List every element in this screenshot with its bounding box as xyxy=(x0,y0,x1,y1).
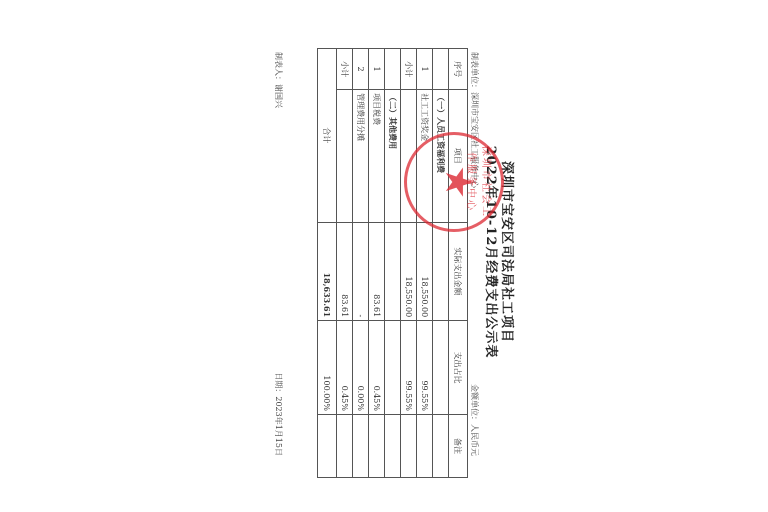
row-note xyxy=(369,414,385,477)
header-amount: 实际支出金额 xyxy=(449,222,468,321)
total-ratio: 100.00% xyxy=(318,321,337,415)
row-note xyxy=(401,414,417,477)
report-date: 日期：2023年1月15日 xyxy=(273,372,284,456)
section-row: （二）其他费用 xyxy=(385,49,401,478)
row-item: （二）其他费用 xyxy=(385,90,401,222)
table-header-row: 序号 项目 实际支出金额 支出占比 备注 xyxy=(449,49,468,478)
row-ratio: 99.55% xyxy=(401,321,417,415)
row-amount: 18,550.00 xyxy=(417,222,433,321)
row-item: 项目税费 xyxy=(369,90,385,222)
preparer-name: 制表人：谢国兴 xyxy=(273,52,284,108)
star-icon: ★ xyxy=(439,135,479,229)
row-amount: 18,550.00 xyxy=(401,222,417,321)
row-ratio xyxy=(385,321,401,415)
subtotal-row: 小计18,550.0099.55% xyxy=(401,49,417,478)
expense-table: 序号 项目 实际支出金额 支出占比 备注 （一）人员工资福利费1社工工资奖金18… xyxy=(317,48,468,478)
document-subtitle: 2022年10-12月经费支出公示表 xyxy=(483,32,502,472)
total-note xyxy=(318,414,337,477)
subtotal-row: 小计83.610.45% xyxy=(337,49,353,478)
row-no: 2 xyxy=(353,49,369,90)
row-item xyxy=(337,90,353,222)
row-no: 1 xyxy=(369,49,385,90)
header-no: 序号 xyxy=(449,49,468,90)
row-ratio: 0.45% xyxy=(337,321,353,415)
row-no xyxy=(433,49,449,90)
header-note: 备注 xyxy=(449,414,468,477)
row-note xyxy=(433,414,449,477)
section-row: （一）人员工资福利费 xyxy=(433,49,449,478)
total-label: 合计 xyxy=(318,49,337,223)
table-row: 2管理费用分摊-0.00% xyxy=(353,49,369,478)
row-item: 管理费用分摊 xyxy=(353,90,369,222)
official-seal: 深圳市社会工作服务中心 ★ xyxy=(404,132,504,232)
row-amount xyxy=(385,222,401,321)
row-amount xyxy=(433,222,449,321)
rotated-document-page: 深圳市宝安区司法局社工项目 2022年10-12月经费支出公示表 制表单位：深圳… xyxy=(234,32,534,472)
table-row: 1社工工资奖金18,550.0099.55% xyxy=(417,49,433,478)
row-amount: 83.61 xyxy=(337,222,353,321)
row-note xyxy=(417,414,433,477)
row-no: 小计 xyxy=(401,49,417,90)
total-row: 合计18,633.61100.00% xyxy=(318,49,337,478)
header-ratio: 支出占比 xyxy=(449,321,468,415)
row-amount: - xyxy=(353,222,369,321)
currency-unit: 金额单位：人民币元 xyxy=(469,384,480,456)
row-no xyxy=(385,49,401,90)
row-no: 小计 xyxy=(337,49,353,90)
row-ratio: 0.00% xyxy=(353,321,369,415)
row-note xyxy=(337,414,353,477)
row-note xyxy=(385,414,401,477)
total-amount: 18,633.61 xyxy=(318,222,337,321)
row-amount: 83.61 xyxy=(369,222,385,321)
row-ratio: 0.45% xyxy=(369,321,385,415)
row-ratio: 99.55% xyxy=(417,321,433,415)
row-ratio xyxy=(433,321,449,415)
row-no: 1 xyxy=(417,49,433,90)
row-note xyxy=(353,414,369,477)
table-row: 1项目税费83.610.45% xyxy=(369,49,385,478)
